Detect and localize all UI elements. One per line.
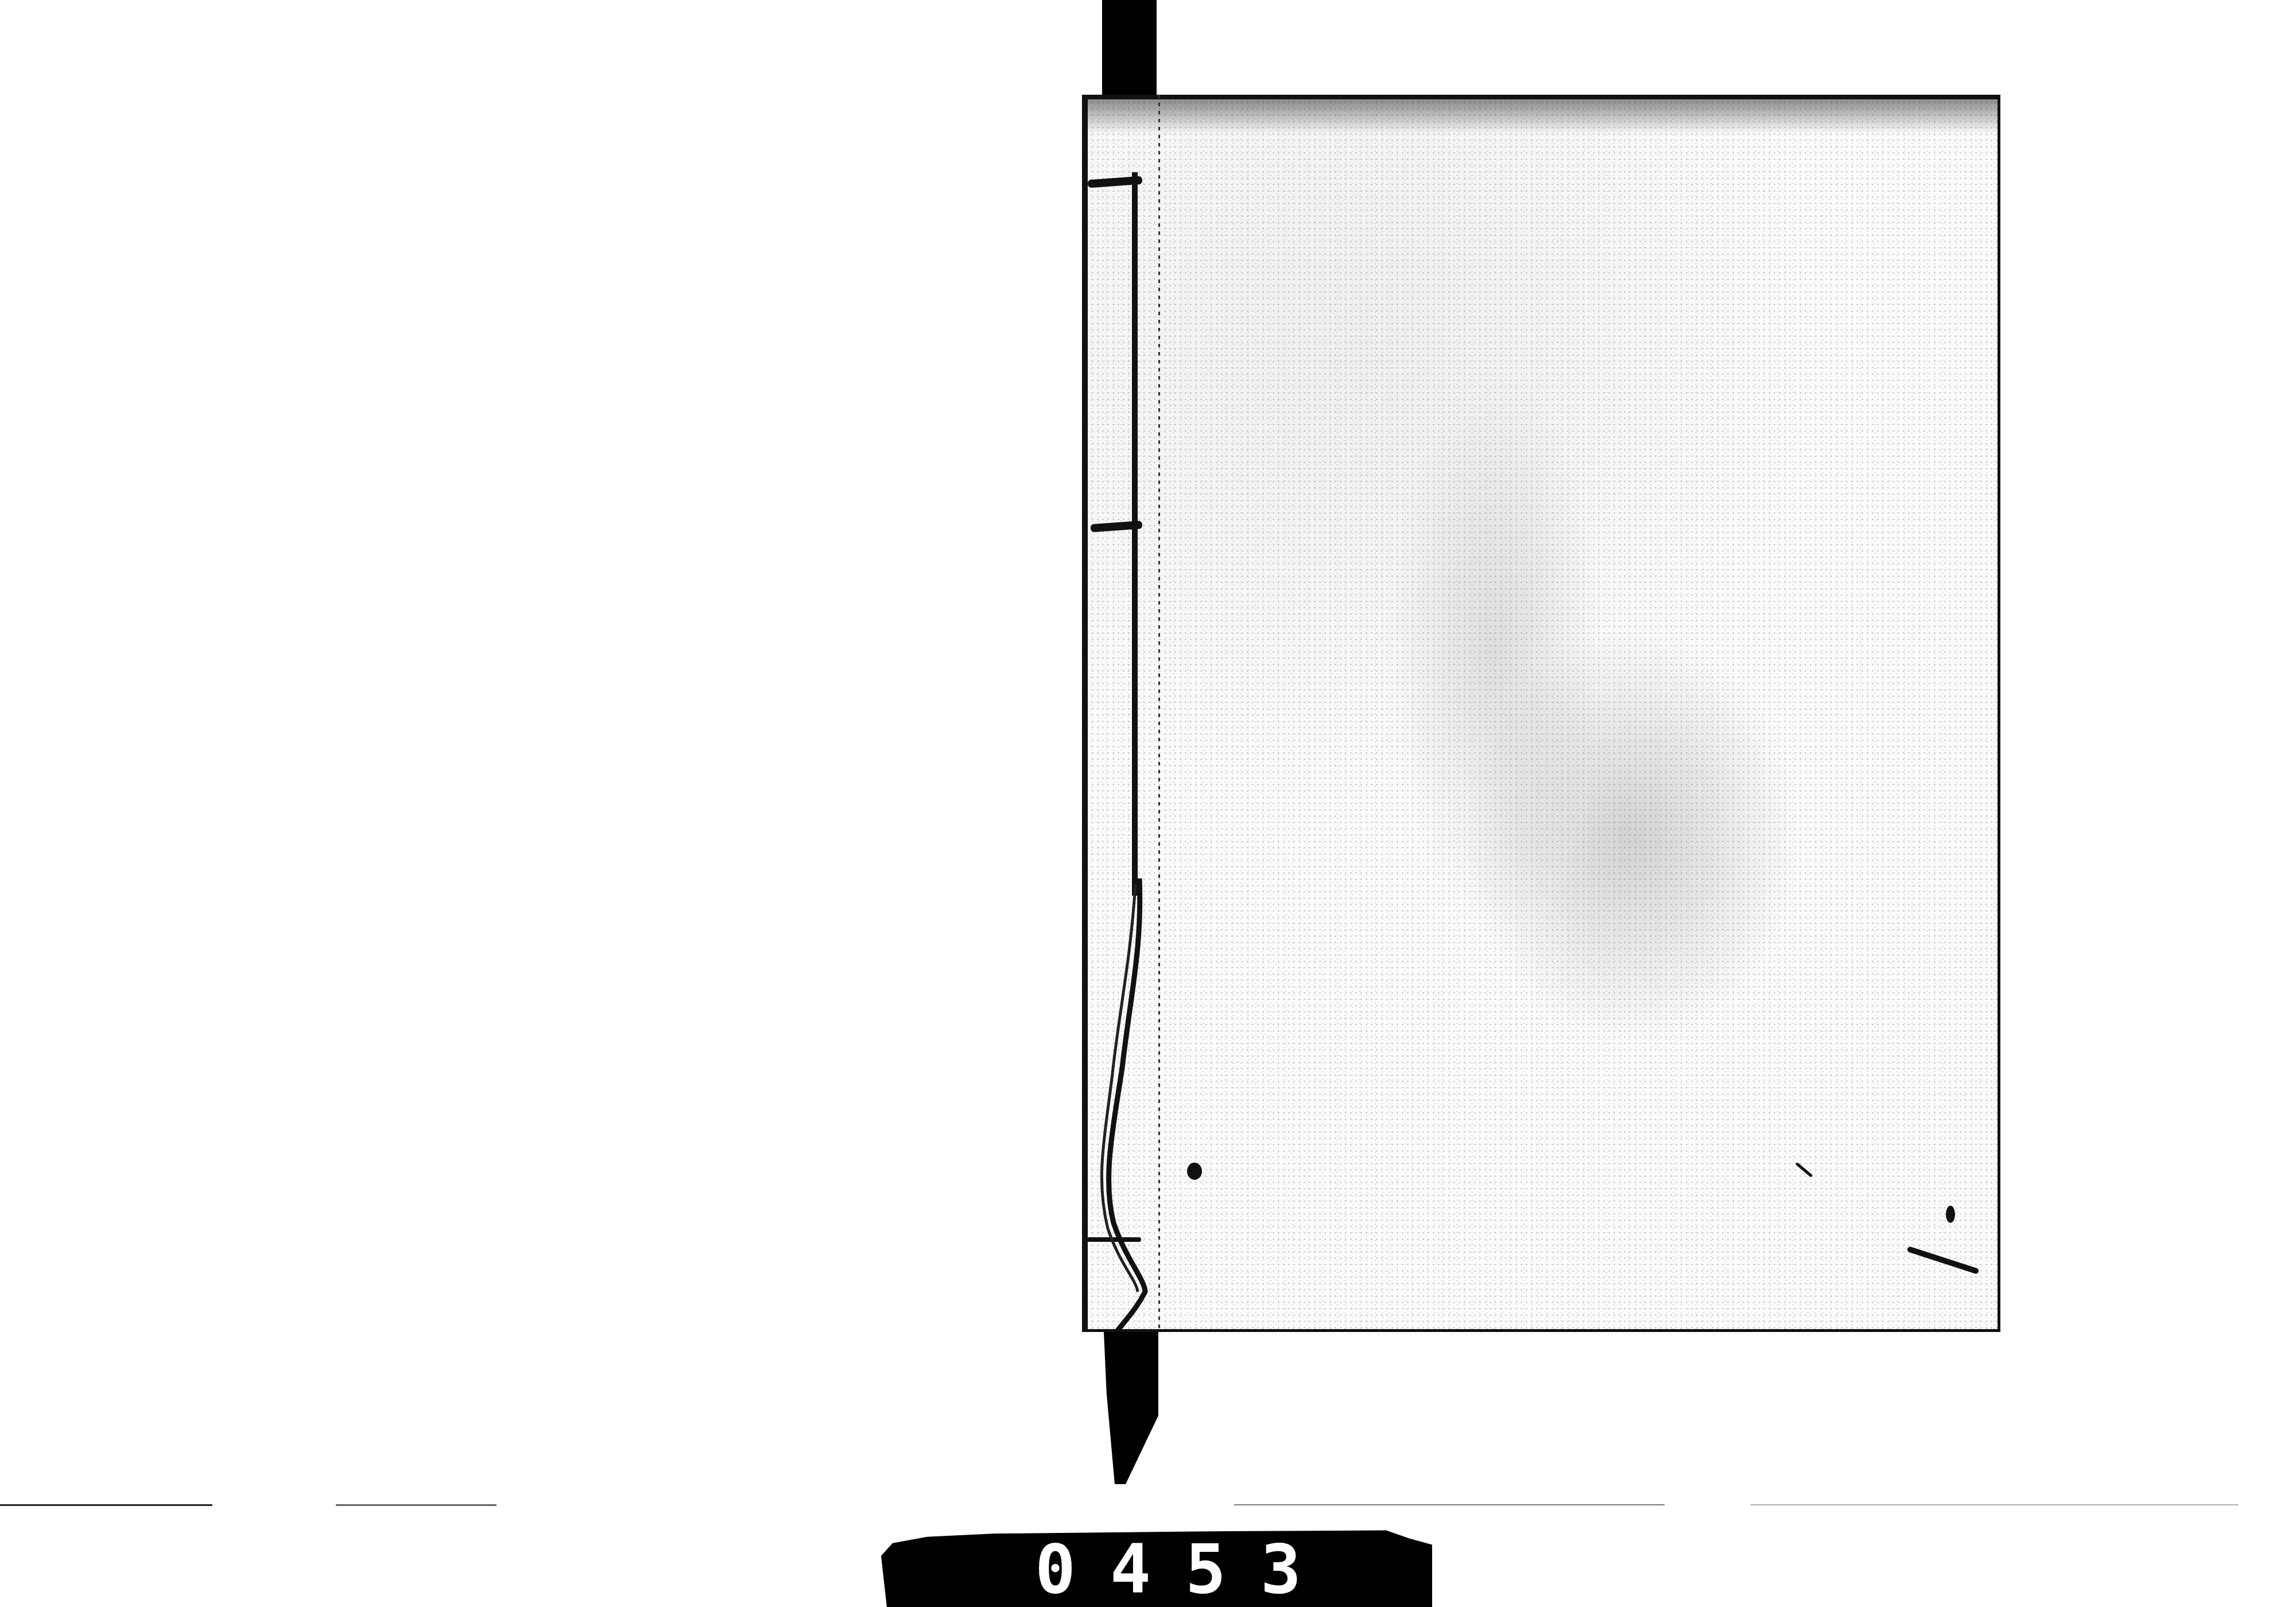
scan-rule-segment — [1234, 1504, 1665, 1505]
frame-number: 0453 — [1000, 1529, 1336, 1607]
book-cover — [1082, 95, 2000, 1332]
cover-top-wear — [1085, 99, 1998, 134]
scan-rule-left — [0, 1504, 212, 1506]
stitch-line — [1132, 172, 1138, 896]
binding-strap-top — [1102, 0, 1157, 98]
scan-rule-right — [1751, 1504, 2239, 1505]
ink-blot — [1946, 1206, 1955, 1223]
scan-rule-segment — [336, 1504, 497, 1506]
binding-strap-bottom — [1104, 1332, 1158, 1484]
frame-label: 0453 — [881, 1527, 1455, 1607]
ink-blot — [1187, 1163, 1202, 1180]
spine-edge — [1082, 95, 1088, 1332]
loose-thread — [1091, 878, 1165, 1332]
